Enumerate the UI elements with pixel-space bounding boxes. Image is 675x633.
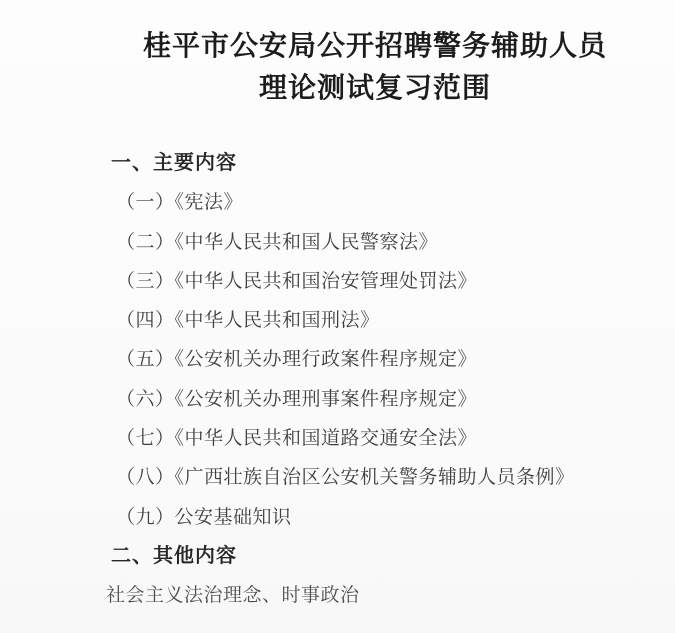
section-heading-main-content: 一、主要内容 — [111, 144, 635, 183]
list-item: （一）《宪法》 — [116, 183, 635, 222]
list-item: （六）《公安机关办理刑事案件程序规定》 — [116, 380, 635, 419]
list-item: （二）《中华人民共和国人民警察法》 — [116, 223, 635, 262]
document-body: 一、主要内容 （一）《宪法》 （二）《中华人民共和国人民警察法》 （三）《中华人… — [0, 144, 675, 616]
paragraph: 社会主义法治理念、时事政治 — [106, 576, 635, 615]
section-heading-other-content: 二、其他内容 — [111, 537, 635, 576]
list-item: （九）公安基础知识 — [116, 498, 635, 537]
document-title: 桂平市公安局公开招聘警务辅助人员 理论测试复习范围 — [0, 26, 675, 110]
list-item: （七）《中华人民共和国道路交通安全法》 — [116, 419, 635, 458]
list-item: （八）《广西壮族自治区公安机关警务辅助人员条例》 — [116, 458, 635, 497]
list-item: （四）《中华人民共和国刑法》 — [116, 301, 635, 340]
list-item: （五）《公安机关办理行政案件程序规定》 — [116, 340, 635, 379]
title-line-2: 理论测试复习范围 — [75, 68, 675, 110]
document-page: 桂平市公安局公开招聘警务辅助人员 理论测试复习范围 一、主要内容 （一）《宪法》… — [0, 0, 675, 633]
list-item: （三）《中华人民共和国治安管理处罚法》 — [116, 262, 635, 301]
title-line-1: 桂平市公安局公开招聘警务辅助人员 — [75, 26, 675, 68]
